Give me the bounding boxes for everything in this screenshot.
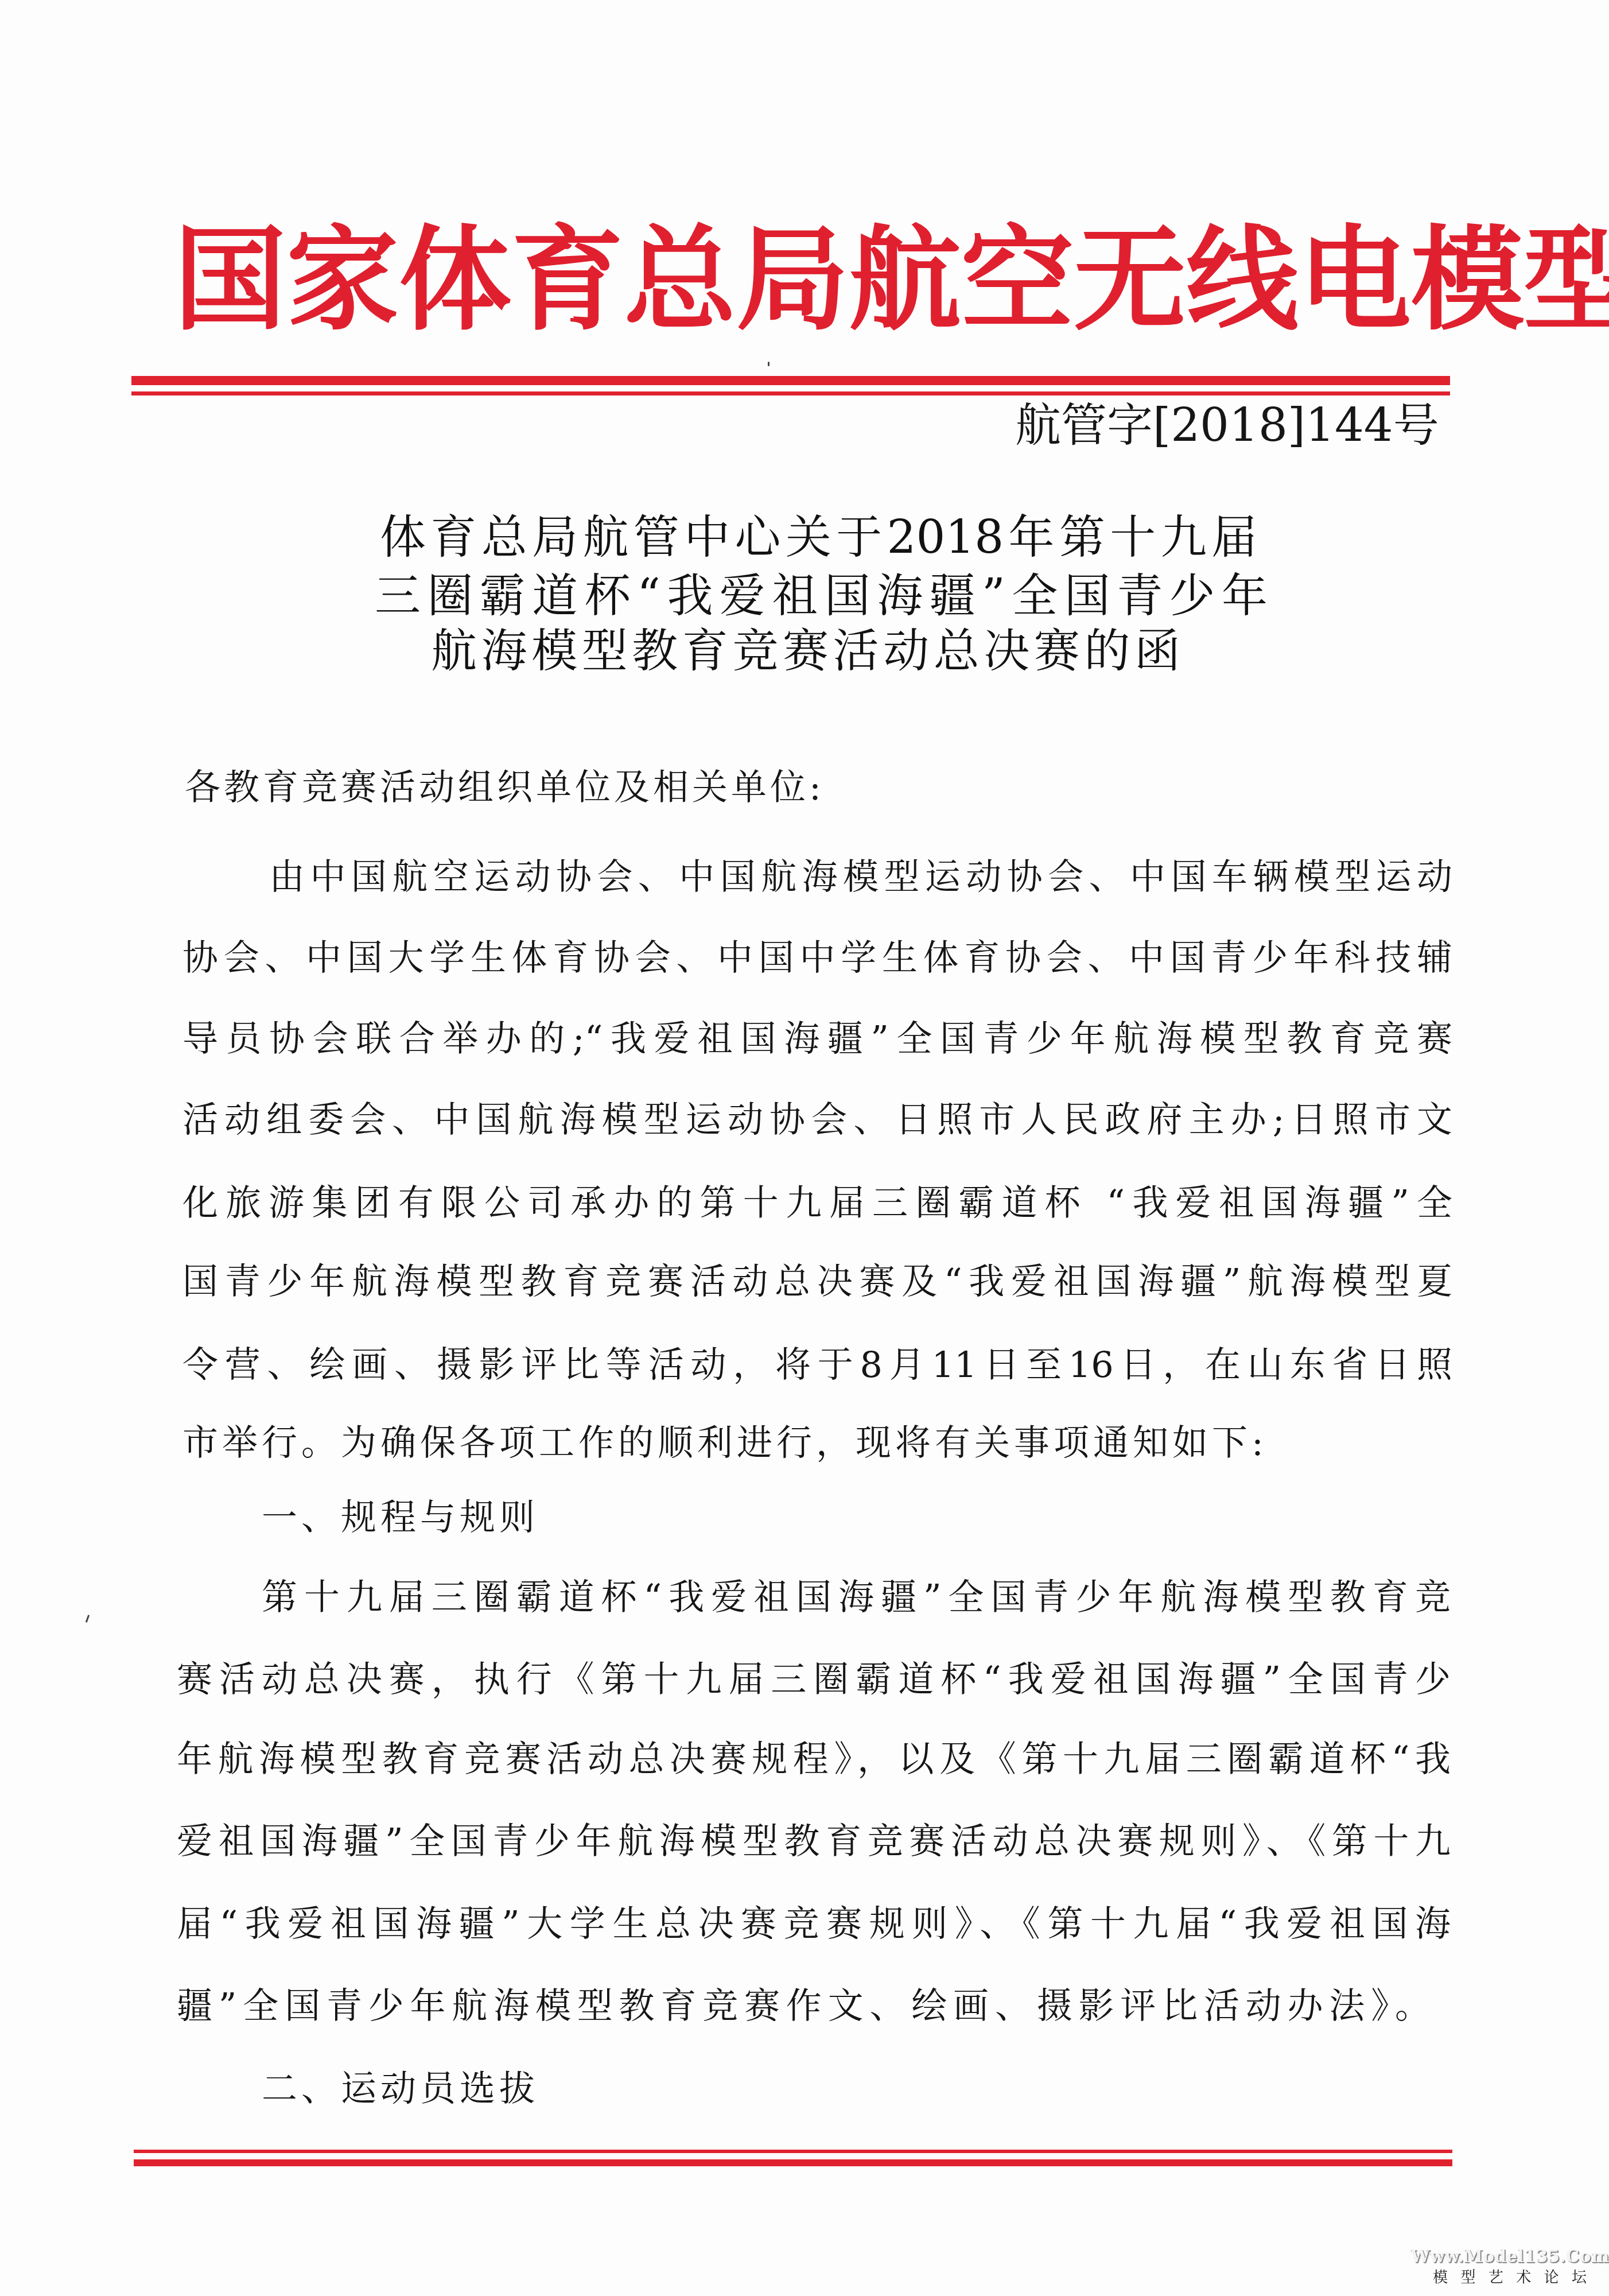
section-heading-athlete-selection: 二、运动员选拔 xyxy=(262,2066,539,2112)
organization-letterhead-title: 国家体育总局航空无线电模型运动管理中心 xyxy=(174,217,1408,343)
paragraph-line: 国青少年航海模型教育竞赛活动总决赛及“我爱祖国海疆”航海模型夏 xyxy=(182,1259,1452,1305)
paragraph-line: 化旅游集团有限公司承办的第十九届三圈霸道杯 “我爱祖国海疆”全 xyxy=(182,1180,1452,1226)
watermark-name: 模型艺术论坛 xyxy=(1433,2268,1587,2287)
subject-line: 三圈霸道杯“我爱祖国海疆”全国青少年 xyxy=(375,568,1268,623)
subject-line: 体育总局航管中心关于2018年第十九届 xyxy=(380,510,1257,565)
paragraph-line: 市举行。为确保各项工作的顺利进行，现将有关事项通知如下: xyxy=(182,1420,1268,1466)
paragraph-line: 爱祖国海疆”全国青少年航海模型教育竞赛活动总决赛规则》、《第十九 xyxy=(177,1818,1451,1864)
paragraph-line: 令营、绘画、摄影评比等活动，将于8月11日至16日，在山东省日照 xyxy=(182,1342,1452,1388)
salutation: 各教育竞赛活动组织单位及相关单位: xyxy=(185,765,825,810)
paragraph-line: 疆”全国青少年航海模型教育竞赛作文、绘画、摄影评比活动办法》。 xyxy=(177,1983,1431,2029)
document-number: 航管字[2018]144号 xyxy=(1015,394,1397,457)
paragraph-line: 届“我爱祖国海疆”大学生总决赛竞赛规则》、《第十九届“我爱祖国海 xyxy=(177,1901,1451,1947)
paragraph-line: 活动组委会、中国航海模型运动协会、日照市人民政府主办;日照市文 xyxy=(182,1097,1452,1143)
footer-thin-rule xyxy=(134,2150,1452,2153)
letterhead-thick-rule xyxy=(131,376,1450,385)
paragraph-line: 导员协会联合举办的;“我爱祖国海疆”全国青少年航海模型教育竞赛 xyxy=(182,1016,1452,1062)
paragraph-line: 赛活动总决赛，执行《第十九届三圈霸道杯“我爱祖国海疆”全国青少 xyxy=(177,1657,1451,1702)
watermark-site: Www.Model135.Com xyxy=(1410,2245,1600,2268)
section-heading-rules: 一、规程与规则 xyxy=(262,1495,539,1541)
scan-speck xyxy=(768,362,769,366)
subject-line: 航海模型教育竞赛活动总决赛的函 xyxy=(431,623,1180,678)
paragraph-line: 由中国航空运动协会、中国航海模型运动协会、中国车辆模型运动 xyxy=(269,854,1452,900)
footer-thick-rule xyxy=(134,2159,1452,2166)
paragraph-line: 第十九届三圈霸道杯“我爱祖国海疆”全国青少年航海模型教育竞 xyxy=(262,1574,1451,1620)
paragraph-line: 协会、中国大学生体育协会、中国中学生体育协会、中国青少年科技辅 xyxy=(182,935,1452,981)
scan-speck xyxy=(85,1615,90,1623)
paragraph-line: 年航海模型教育竞赛活动总决赛规程》，以及《第十九届三圈霸道杯“我 xyxy=(177,1736,1451,1782)
